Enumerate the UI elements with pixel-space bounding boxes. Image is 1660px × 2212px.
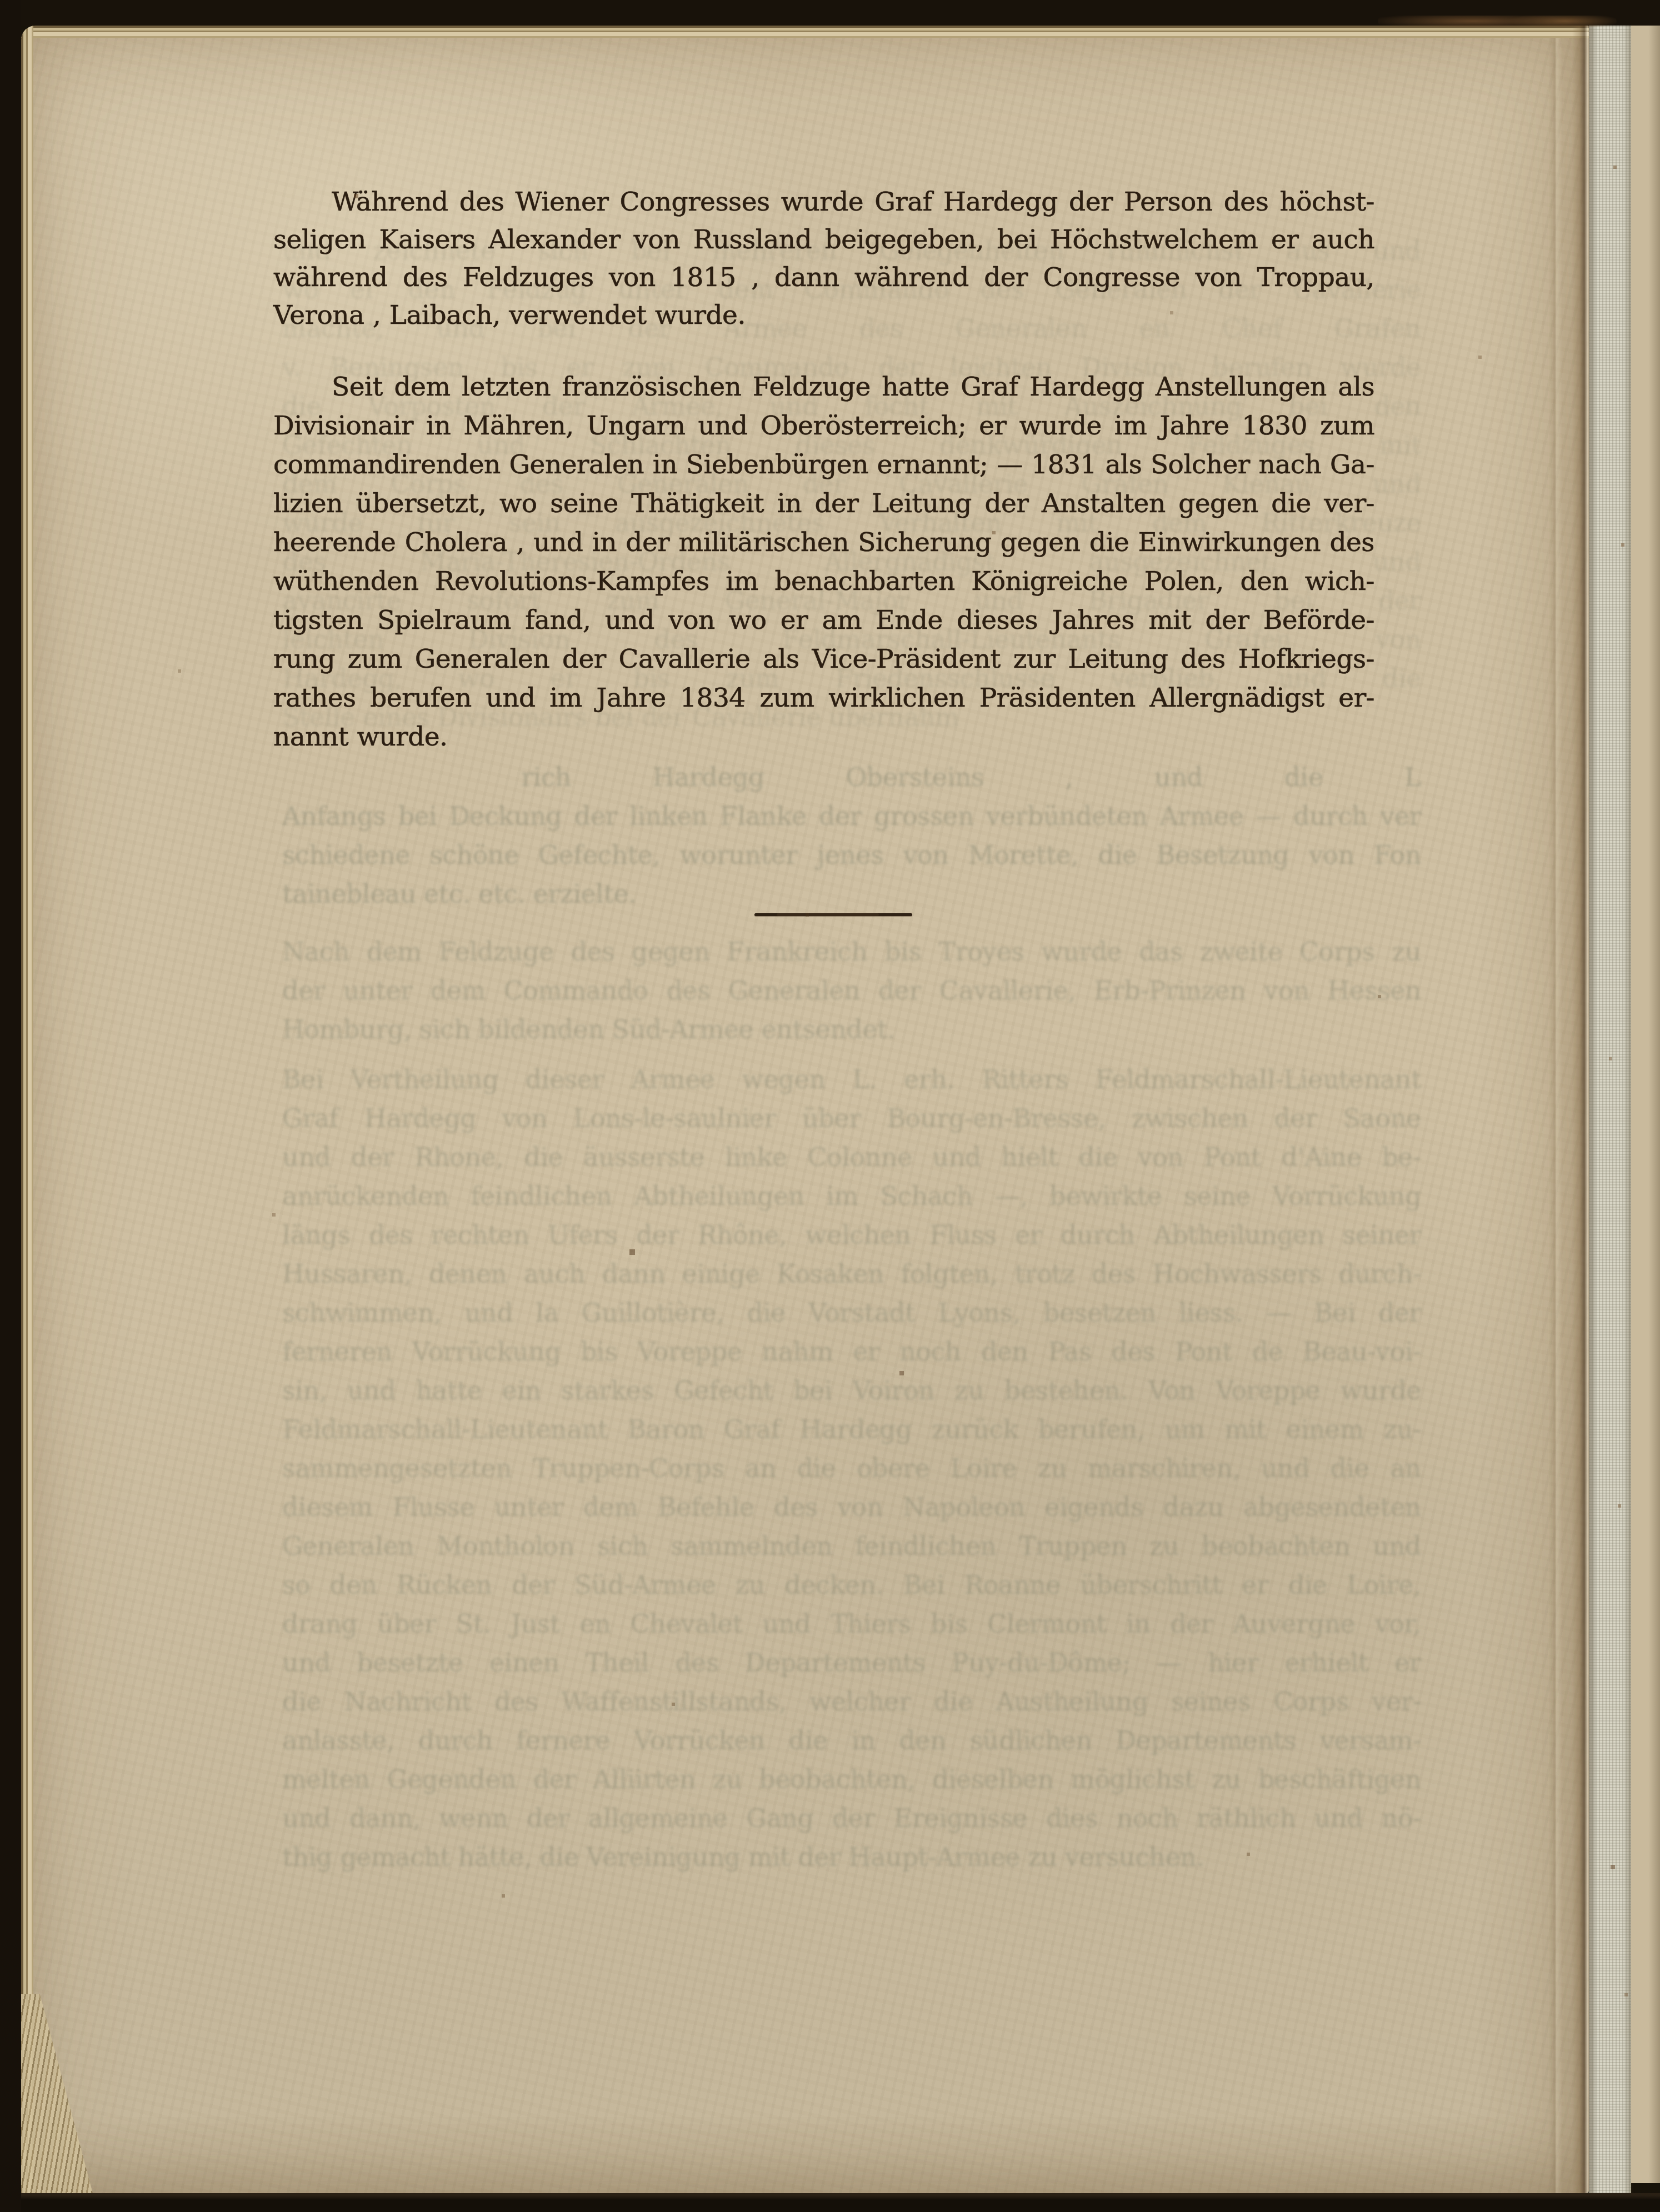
bleedthrough-block-lower: Bei Vertheilung dieser Armee wegen L. er… — [282, 1060, 1421, 1876]
text-line: der unter dem Commando des Generalen der… — [282, 971, 1421, 1010]
bleedthrough-block-after-paragraphs: rich Hardegg Obersteins , und die LAnfan… — [282, 758, 1421, 913]
text-line: Nach dem Feldzuge des gegen Frankreich b… — [282, 932, 1421, 971]
text-line: tigsten Spielraum fand, und von wo er am… — [273, 601, 1374, 640]
text-line: und dann, wenn der allgemeine Gang der E… — [282, 1799, 1421, 1838]
bleedthrough-block-middle: Nach dem Feldzuge des gegen Frankreich b… — [282, 932, 1421, 1049]
background-bottom-band — [0, 2193, 1660, 2212]
text-line: melten Gegenden der Alliirten zu beobach… — [282, 1760, 1421, 1799]
text-line: rathes berufen und im Jahre 1834 zum wir… — [273, 679, 1374, 718]
text-line: seligen Kaisers Alexander von Russland b… — [273, 221, 1374, 259]
facing-pages-fore-edge — [1631, 22, 1660, 2183]
text-line: rich Hardegg Obersteins , und die L — [282, 758, 1421, 797]
text-line: Graf Hardegg von Lons-le-saulnier über B… — [282, 1099, 1421, 1138]
page-top-edge-rim — [21, 26, 1590, 40]
text-line: ferneren Vorrückung bis Voreppe nahm er … — [282, 1332, 1421, 1371]
debris-top-right — [1378, 16, 1617, 27]
text-line: drang über St. Just en Chevalet und Thie… — [282, 1604, 1421, 1643]
text-line: schiedene schöne Gefechte, worunter jene… — [282, 835, 1421, 874]
text-line: Verona , Laibach, verwendet wurde. — [273, 297, 1374, 334]
text-line: Feldmarschall-Lieutenant Baron Graf Hard… — [282, 1410, 1421, 1449]
printed-paragraph-1: Während des Wiener Congresses wurde Graf… — [273, 183, 1374, 334]
text-line: und besetzte einen Theil des Departement… — [282, 1643, 1421, 1682]
text-line: sammengesetzten Truppen-Corps an die obe… — [282, 1449, 1421, 1488]
printed-paragraph-2: Seit dem letzten französischen Feldzuge … — [273, 368, 1374, 757]
paper-leaf: und zeichnete sich bei mehreren Gelegenh… — [21, 26, 1590, 2194]
text-line: tainebleau etc. etc. erzielte. — [282, 874, 1421, 913]
text-line: während des Feldzuges von 1815 , dann wä… — [273, 259, 1374, 297]
text-line: thig gemacht hätte, die Vereinigung mit … — [282, 1838, 1421, 1876]
text-line: schwimmen, und la Guillotière, die Vorst… — [282, 1293, 1421, 1332]
section-rule — [754, 913, 912, 916]
text-line: Seit dem letzten französischen Feldzuge … — [273, 368, 1374, 407]
scanned-book-page: und zeichnete sich bei mehreren Gelegenh… — [0, 0, 1660, 2212]
leaf-right-edge-shadow — [1572, 26, 1590, 2194]
text-line: anrückenden feindlichen Abtheilungen im … — [282, 1177, 1421, 1215]
text-line: heerende Cholera , und in der militärisc… — [273, 523, 1374, 562]
text-line: Hussaren, denen auch dann einige Kosaken… — [282, 1254, 1421, 1293]
text-line: wüthenden Revolutions-Kampfes im benachb… — [273, 562, 1374, 601]
text-line: lizien übersetzt, wo seine Thätigkeit in… — [273, 484, 1374, 523]
text-line: diesem Flusse unter dem Befehle des von … — [282, 1488, 1421, 1527]
text-line: die Nachricht des Waffenstillstands, wel… — [282, 1682, 1421, 1721]
text-line: nannt wurde. — [273, 718, 1374, 757]
background-left-band — [0, 0, 21, 2212]
text-line: Während des Wiener Congresses wurde Graf… — [273, 183, 1374, 221]
page-left-edge-rim — [21, 26, 36, 2194]
text-line: Anfangs bei Deckung der linken Flanke de… — [282, 797, 1421, 835]
text-line: commandirenden Generalen in Siebenbürgen… — [273, 446, 1374, 484]
text-line: längs des rechten Ufers der Rhône, welch… — [282, 1215, 1421, 1254]
text-line: Divisionair in Mähren, Ungarn und Oberös… — [273, 407, 1374, 446]
cloth-binding-tape — [1589, 21, 1631, 2196]
text-line: und der Rhone, die äusserste linke Colon… — [282, 1138, 1421, 1177]
text-line: sin, und hatte ein starkes Gefecht bei V… — [282, 1371, 1421, 1410]
text-line: Generalen Montholon sich sammelnden fein… — [282, 1527, 1421, 1565]
text-line: anlasste, durch fernere Vorrücken die in… — [282, 1721, 1421, 1760]
text-line: so den Rücken der Süd-Armee zu decken. B… — [282, 1565, 1421, 1604]
text-line: Bei Vertheilung dieser Armee wegen L. er… — [282, 1060, 1421, 1099]
text-line: Homburg, sich bildenden Süd-Armee entsen… — [282, 1010, 1421, 1049]
text-line: rung zum Generalen der Cavallerie als Vi… — [273, 640, 1374, 679]
page-crease — [1549, 26, 1562, 2194]
